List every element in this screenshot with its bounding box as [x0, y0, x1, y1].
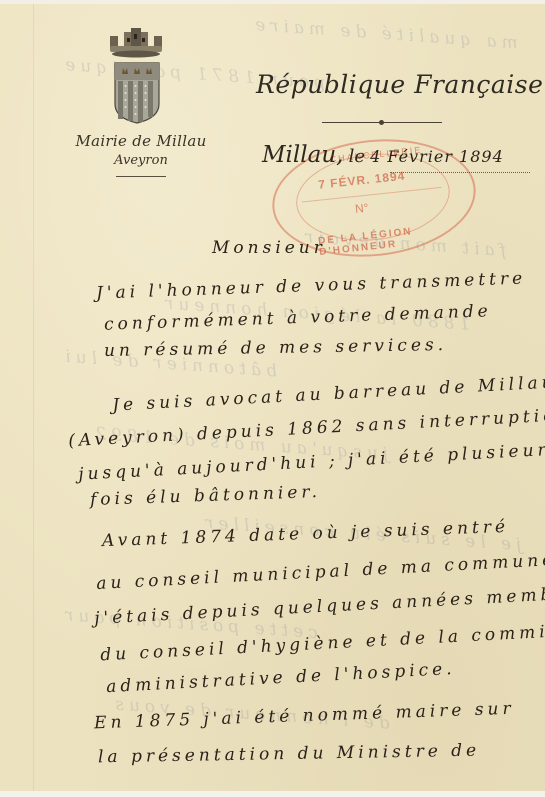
letter-line: fois élu bâtonnier.: [90, 482, 322, 510]
letterhead-municipality: Mairie de Millau Aveyron: [56, 132, 226, 177]
bleed-through-text: ma qualité de maire: [250, 15, 519, 54]
salutation: Monsieur: [212, 238, 326, 258]
millau-coat-of-arms-icon: [104, 28, 168, 128]
republic-rule-ornament: [379, 120, 384, 125]
letter-line: administrative de l'hospice.: [106, 659, 456, 697]
dateline: Millau, le 4 Février 1894: [262, 142, 504, 168]
scan-margin: [0, 791, 545, 797]
letter-line: J'ai l'honneur de vous transmettre: [96, 268, 527, 303]
department-name: Aveyron: [56, 153, 226, 168]
municipality-name: Mairie de Millau: [56, 132, 226, 150]
mural-crown-icon: [108, 28, 164, 58]
dateline-le: le: [349, 146, 365, 167]
letter-line: au conseil municipal de ma commune: [96, 550, 545, 594]
letter-page: ma qualité de maire pour 1871 politique …: [0, 4, 545, 791]
dateline-date: 4 Février 1894: [370, 147, 504, 166]
letterhead-rule: [116, 176, 166, 177]
fold-line: [33, 4, 34, 791]
republic-heading: République Française: [256, 70, 543, 99]
stamp-number: N°: [354, 201, 369, 216]
date-underline: [390, 172, 530, 174]
shield-icon: [114, 62, 160, 124]
letter-line: la présentation du Ministre de: [98, 741, 480, 768]
letter-line: un résumé de mes services.: [104, 335, 447, 361]
dateline-place: Millau,: [262, 142, 343, 168]
